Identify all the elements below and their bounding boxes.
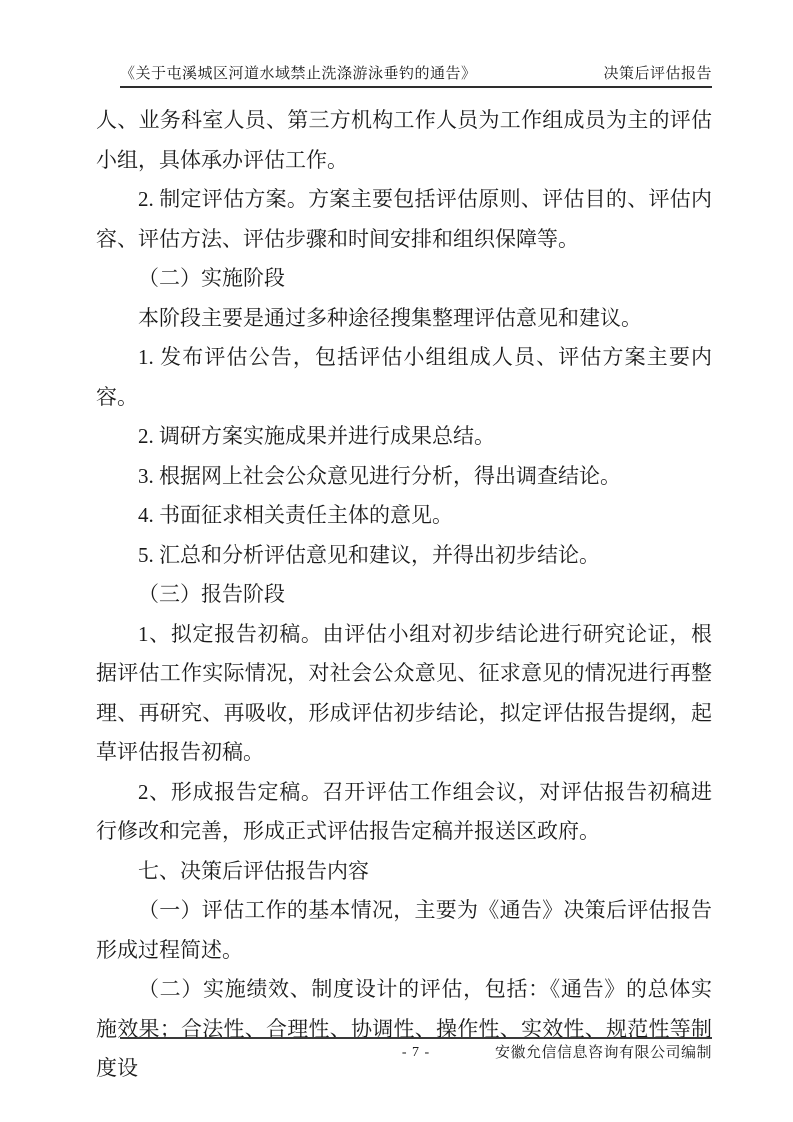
document-body: 人、业务科室人员、第三方机构工作人员为工作组成员为主的评估小组，具体承办评估工作… xyxy=(96,101,712,1089)
paragraph: 2、形成报告定稿。召开评估工作组会议，对评估报告初稿进行修改和完善，形成正式评估… xyxy=(96,773,712,852)
paragraph: 七、决策后评估报告内容 xyxy=(96,852,712,892)
header-report-type: 决策后评估报告 xyxy=(603,64,712,84)
paragraph: （一）评估工作的基本情况，主要为《通告》决策后评估报告形成过程简述。 xyxy=(96,891,712,970)
paragraph: （二）实施绩效、制度设计的评估，包括：《通告》的总体实施效果；合法性、合理性、协… xyxy=(96,970,712,1089)
page-footer: - 7 - 安徽允信信息咨询有限公司编制 xyxy=(120,1037,712,1062)
paragraph: 1. 发布评估公告，包括评估小组组成人员、评估方案主要内容。 xyxy=(96,338,712,417)
paragraph: 本阶段主要是通过多种途径搜集整理评估意见和建议。 xyxy=(96,299,712,339)
paragraph: 4. 书面征求相关责任主体的意见。 xyxy=(96,496,712,536)
paragraph: 5. 汇总和分析评估意见和建议，并得出初步结论。 xyxy=(96,536,712,576)
footer-company: 安徽允信信息咨询有限公司编制 xyxy=(495,1044,712,1062)
page-header: 《关于屯溪城区河道水域禁止洗涤游泳垂钓的通告》 决策后评估报告 xyxy=(120,64,712,88)
paragraph: （三）报告阶段 xyxy=(96,575,712,615)
paragraph: 1、拟定报告初稿。由评估小组对初步结论进行研究论证，根据评估工作实际情况，对社会… xyxy=(96,615,712,773)
paragraph: 2. 制定评估方案。方案主要包括评估原则、评估目的、评估内容、评估方法、评估步骤… xyxy=(96,180,712,259)
paragraph: （二）实施阶段 xyxy=(96,259,712,299)
paragraph: 3. 根据网上社会公众意见进行分析，得出调查结论。 xyxy=(96,457,712,497)
document-page: 《关于屯溪城区河道水域禁止洗涤游泳垂钓的通告》 决策后评估报告 人、业务科室人员… xyxy=(0,0,793,1122)
paragraph: 人、业务科室人员、第三方机构工作人员为工作组成员为主的评估小组，具体承办评估工作… xyxy=(96,101,712,180)
paragraph: 2. 调研方案实施成果并进行成果总结。 xyxy=(96,417,712,457)
header-document-title: 《关于屯溪城区河道水域禁止洗涤游泳垂钓的通告》 xyxy=(120,64,477,84)
